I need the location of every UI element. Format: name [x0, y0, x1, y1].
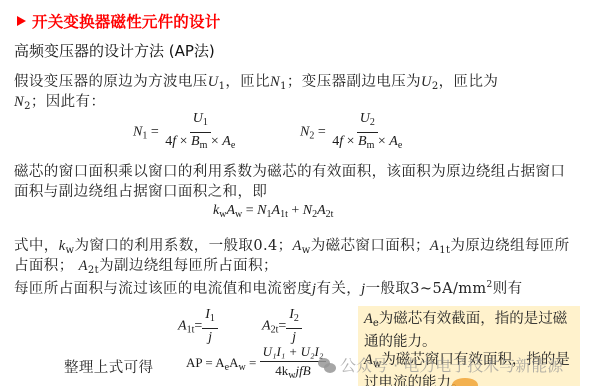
sub: 1 [203, 117, 208, 128]
denominator: 4f × Bm × Ae [329, 133, 405, 155]
var: A [317, 203, 326, 218]
var: jfB [295, 363, 310, 378]
var: k [59, 238, 66, 254]
denominator: 4f × Bm × Ae [162, 133, 238, 155]
times: × [211, 134, 219, 149]
text: 一般取3~5A/mm [366, 281, 487, 297]
paragraph-1-line-1: 假设变压器的原边为方波电压U1，匝比N1；变压器副边电压为U2，匝比为 [14, 70, 498, 92]
numerator: I1 [202, 306, 218, 329]
paragraph-4: 每匝所占面积与流过该匝的电流值和电流密度j有关，j一般取3~5A/mm2则有 [14, 277, 523, 298]
decorative-dot [452, 378, 478, 386]
sub: 2 [432, 81, 439, 92]
lhs: N [300, 125, 309, 140]
sub: 1 [210, 313, 215, 324]
formula-n1: N1 = U1 4f × Bm × Ae [133, 110, 238, 155]
text: 占面积； [14, 258, 74, 274]
lhs: A [178, 319, 187, 334]
times: × [180, 134, 188, 149]
var-n: N [270, 74, 280, 90]
sub: 1 [280, 81, 287, 92]
note-line-1: Ae为磁芯有效截面，指的是过磁通的能力。 [364, 310, 574, 351]
sub: 1 [142, 131, 147, 142]
arrow-bullet-icon [17, 16, 26, 26]
text: 有关， [316, 281, 361, 297]
text: 为窗口的利用系数，一般取0.4； [75, 238, 293, 254]
equals: = [246, 355, 257, 370]
var: f [339, 134, 343, 149]
var: N [257, 203, 266, 218]
equals: = [246, 203, 254, 218]
section-title-text: 开关变换器磁性元件的设计 [32, 13, 220, 31]
var: N [303, 203, 312, 218]
var: B [191, 134, 200, 149]
paragraph-3-line-1: 式中，kw为窗口的利用系数，一般取0.4；Aw为磁芯窗口面积；A1t为原边绕组每… [14, 234, 570, 256]
formula-n2: N2 = U2 4f × Bm × Ae [300, 110, 405, 155]
text: 为磁芯有效截面，指的是过磁通的能力。 [364, 311, 567, 350]
watermark: 公众号 · 电力电子技术与新能源 [318, 353, 563, 376]
times: × [347, 134, 355, 149]
formula-ap: AP = AeAw = U₁I₁ + U₂I₂ 4kwjfB [186, 343, 326, 385]
fraction: U1 4f × Bm × Ae [162, 110, 238, 155]
sub: 2t [88, 265, 99, 276]
numerator: I2 [286, 306, 302, 329]
numerator: U2 [357, 110, 378, 133]
sub: m [200, 140, 208, 151]
var: A [292, 238, 301, 254]
text: ，匝比为 [439, 74, 499, 90]
var: A [364, 311, 373, 327]
ap: AP = A [186, 355, 225, 370]
denominator: 4kwjfB [272, 362, 313, 385]
text: 每匝所占面积与流过该匝的电流值和电流密度 [14, 281, 312, 297]
numerator: U1 [190, 110, 211, 133]
sub: 2 [370, 117, 375, 128]
equals: = [151, 125, 162, 140]
var: A [222, 134, 231, 149]
text: 式中， [14, 238, 59, 254]
sub: 1t [280, 209, 288, 220]
times: × [378, 134, 386, 149]
sub: w [302, 245, 311, 256]
text: ，匝比 [225, 74, 270, 90]
equals: = [318, 125, 329, 140]
var-u: U [208, 74, 219, 90]
paragraph-2-line-1: 磁芯的窗口面积乘以窗口的利用系数为磁芯的有效面积，该面积为原边绕组占据窗口 [14, 160, 565, 181]
lhs: N [133, 125, 142, 140]
text: 为原边绕组每匝所 [450, 238, 569, 254]
sub: 2t [271, 325, 279, 336]
sub: m [367, 140, 375, 151]
var: A [430, 238, 439, 254]
sub: 2 [294, 313, 299, 324]
fraction: I2 j [286, 306, 302, 347]
text: 假设变压器的原边为方波电压 [14, 74, 208, 90]
coef: 4k [275, 363, 288, 378]
formula-ap-label: 整理上式可得 [64, 356, 153, 377]
paragraph-1-line-2: N2；因此有： [14, 90, 105, 112]
lhs: A [262, 319, 271, 334]
formula-a1t: A1t= I1 j [178, 306, 218, 347]
sub: e [398, 140, 402, 151]
sub: 2t [326, 209, 334, 220]
formula-a2t: A2t= I2 j [262, 306, 302, 347]
fraction: I1 j [202, 306, 218, 347]
watermark-text: 公众号 · 电力电子技术与新能源 [340, 356, 563, 375]
subtitle: 高频变压器的设计方法 (AP法) [14, 40, 215, 61]
sub: 2 [309, 131, 314, 142]
text: 则有 [493, 281, 523, 297]
fraction: U₁I₁ + U₂I₂ 4kwjfB [260, 343, 327, 385]
text: ；因此有： [31, 94, 106, 110]
var: A [226, 203, 235, 218]
sub: w [235, 209, 242, 220]
numerator: U₁I₁ + U₂I₂ [260, 343, 327, 362]
var: U [360, 111, 370, 126]
sub: 1t [187, 325, 195, 336]
var: U [193, 111, 203, 126]
paragraph-2-line-2: 面积与副边绕组占据窗口面积之和，即 [14, 180, 267, 201]
var: f [172, 134, 176, 149]
sub: 1t [439, 245, 450, 256]
var: A [272, 203, 281, 218]
wechat-icon [318, 358, 336, 373]
var: A [389, 134, 398, 149]
fraction: U2 4f × Bm × Ae [329, 110, 405, 155]
paragraph-3-line-2: 占面积； A2t为副边绕组每匝所占面积； [14, 254, 278, 276]
text: ；变压器副边电压为 [287, 74, 421, 90]
text: 为磁芯窗口面积； [311, 238, 430, 254]
var-n: N [14, 94, 24, 110]
sub: 2 [24, 101, 31, 112]
sub: w [238, 362, 245, 373]
plus: + [291, 203, 299, 218]
section-title: 开关变换器磁性元件的设计 [17, 10, 220, 32]
sub: e [231, 140, 235, 151]
var: B [358, 134, 367, 149]
var: A [79, 258, 88, 274]
var-u: U [421, 74, 432, 90]
formula-window-area: kwAw = N1A1t + N2A2t [213, 203, 333, 220]
text: 为副边绕组每匝所占面积； [99, 258, 278, 274]
